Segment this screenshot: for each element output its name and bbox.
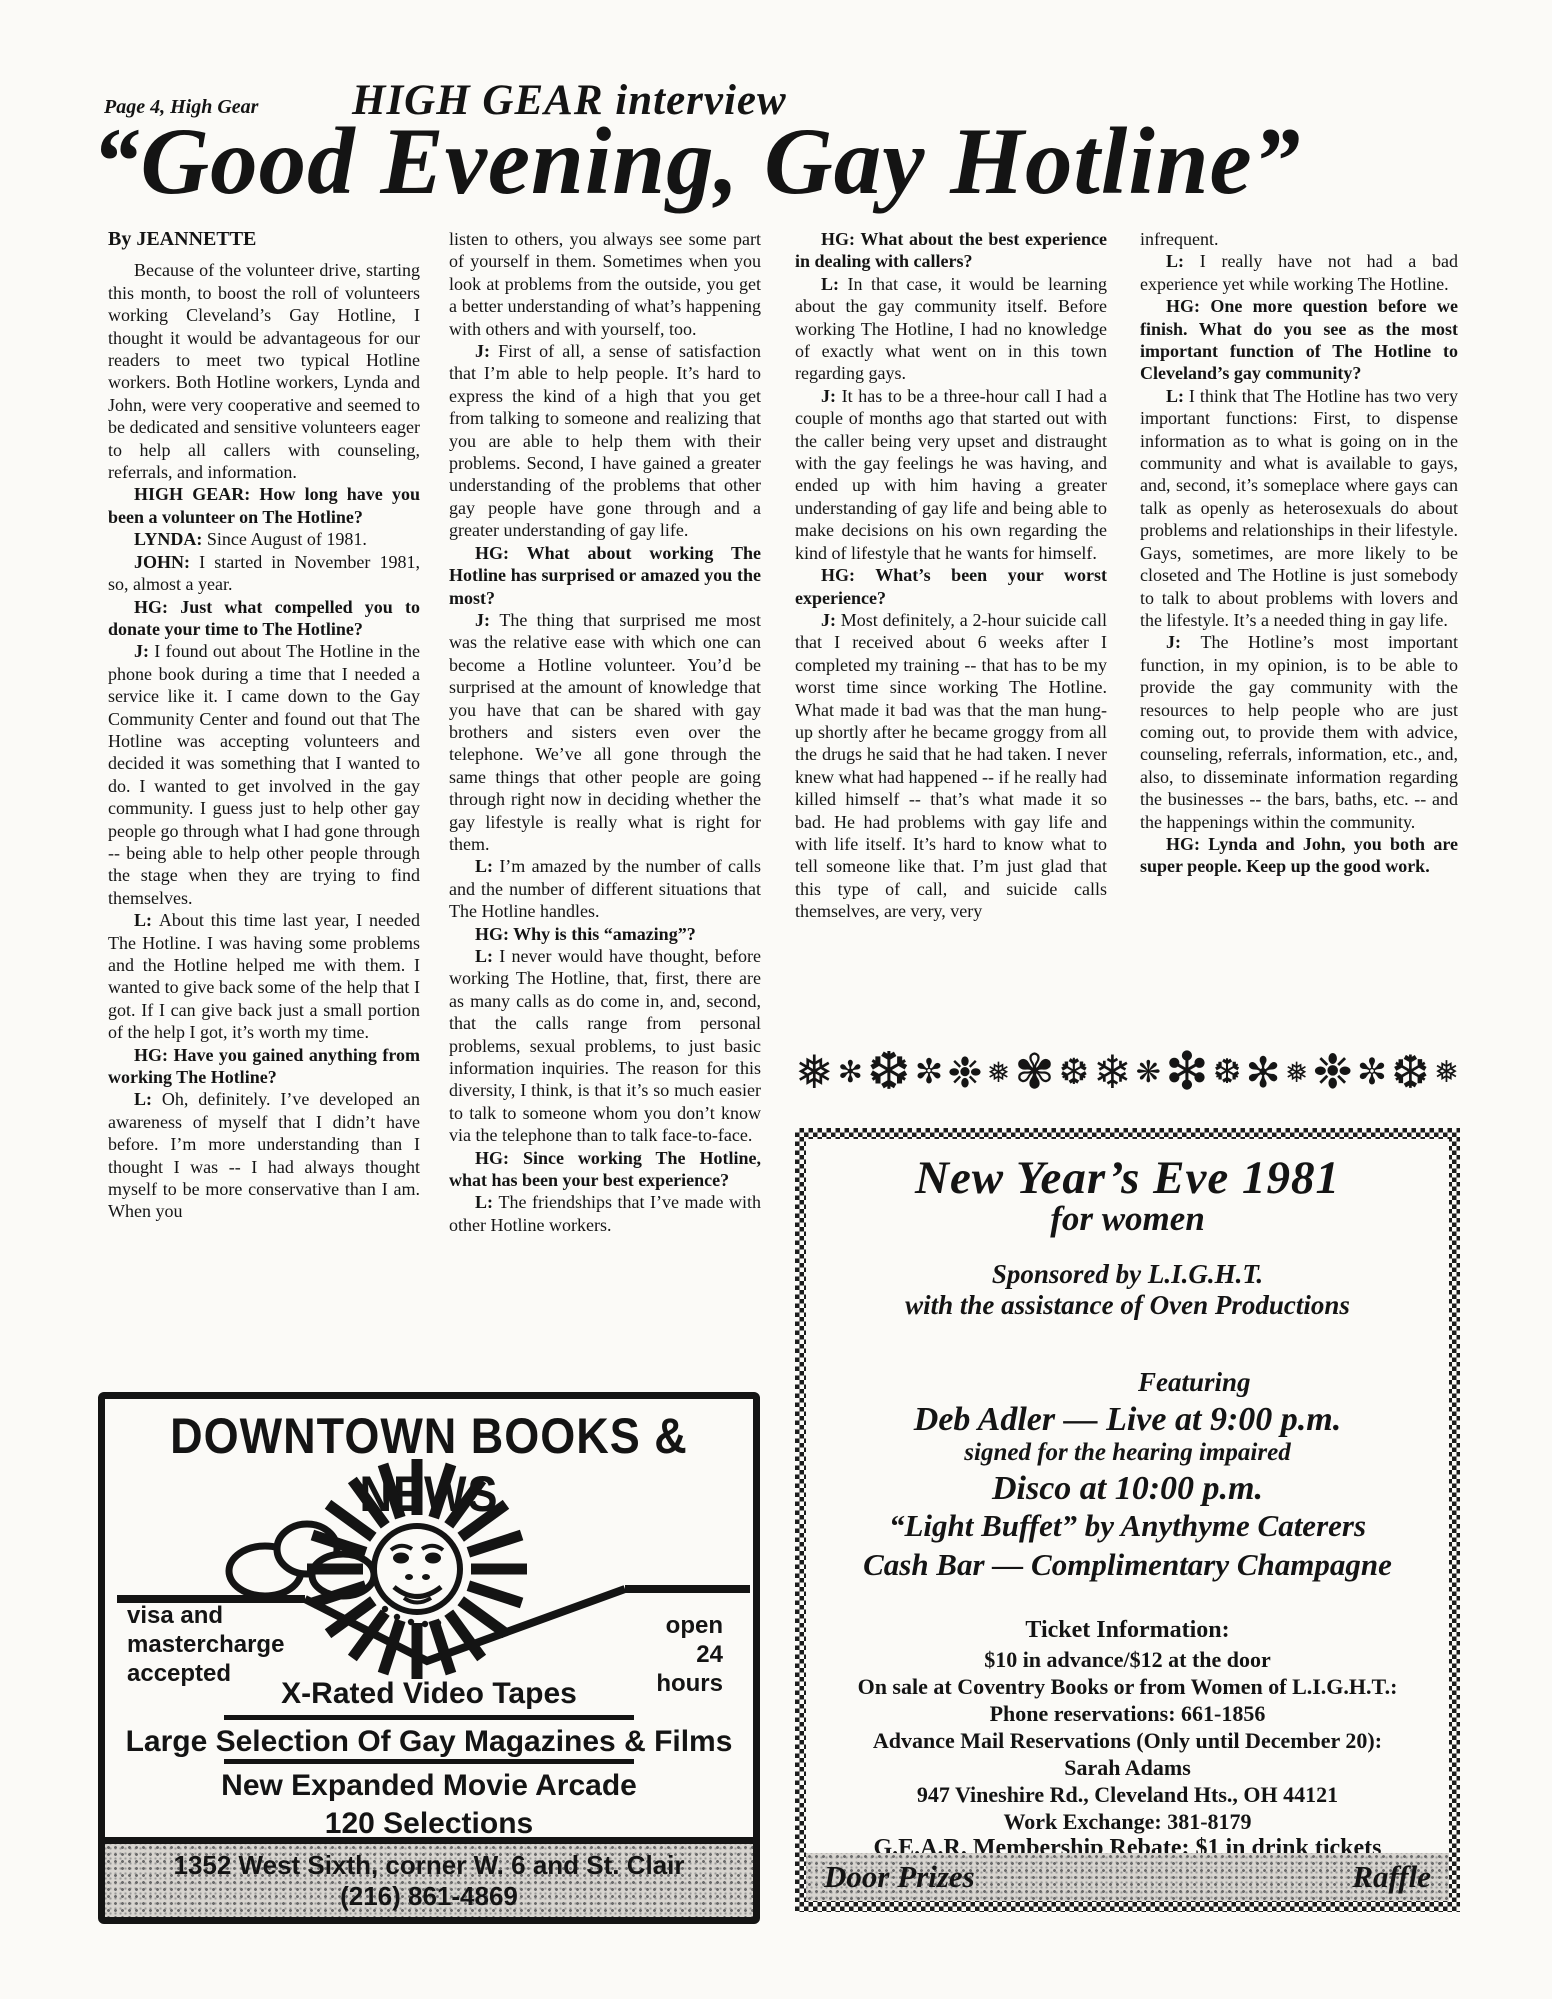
article-paragraph: listen to others, you always see some pa…: [449, 228, 761, 340]
nye-ad-disco-line: Disco at 10:00 p.m.: [806, 1470, 1449, 1508]
new-years-eve-ad: New Year’s Eve 1981 for women Sponsored …: [795, 1128, 1460, 1912]
article-paragraph: HG: Have you gained anything from workin…: [108, 1044, 420, 1089]
article-paragraph: J: I found out about The Hotline in the …: [108, 640, 420, 909]
snowflake-icon: ✾: [1014, 1044, 1054, 1100]
speaker-label: J:: [821, 610, 841, 630]
speaker-label: L:: [1166, 386, 1189, 406]
article-column-1-text: Because of the volunteer drive, starting…: [108, 259, 420, 1222]
downtown-ad-magazines-line: Large Selection Of Gay Magazines & Films: [105, 1725, 753, 1759]
snowflake-icon: ❇: [1165, 1042, 1209, 1102]
snowflake-icon: ✼: [1357, 1052, 1387, 1093]
speaker-label: LYNDA:: [134, 529, 207, 549]
ticket-info-line: $10 in advance/$12 at the door: [806, 1646, 1449, 1673]
article-paragraph: L: In that case, it would be learning ab…: [795, 273, 1107, 385]
speaker-label: HG:: [821, 229, 860, 249]
nye-ad-featuring-label: Featuring: [806, 1367, 1449, 1398]
article-paragraph: L: I’m amazed by the number of calls and…: [449, 855, 761, 922]
downtown-ad-tapes-line: X-Rated Video Tapes: [105, 1677, 753, 1711]
article-paragraph: Because of the volunteer drive, starting…: [108, 259, 420, 483]
speaker-label: JOHN:: [134, 552, 199, 572]
article-paragraph: HG: Since working The Hotline, what has …: [449, 1147, 761, 1192]
speaker-label: HG:: [475, 924, 513, 944]
article-column-3: HG: What about the best experience in de…: [795, 228, 1107, 1040]
nye-ad-door-prizes: Door Prizes: [824, 1859, 975, 1895]
nye-ad-signed-line: signed for the hearing impaired: [806, 1439, 1449, 1467]
article-paragraph: J: Most definitely, a 2-hour suicide cal…: [795, 609, 1107, 923]
article-paragraph: L: Oh, definitely. I’ve developed an awa…: [108, 1088, 420, 1222]
speaker-label: J:: [821, 386, 842, 406]
downtown-ad-arcade-line: New Expanded Movie Arcade: [105, 1769, 753, 1803]
speaker-label: L:: [821, 274, 848, 294]
article-paragraph: HG: Lynda and John, you both are super p…: [1140, 833, 1458, 878]
article-column-4: infrequent.L: I really have not had a ba…: [1140, 228, 1458, 1040]
snowflake-icon: ❆: [1391, 1045, 1430, 1099]
article-paragraph: L: About this time last year, I needed T…: [108, 909, 420, 1043]
nye-ad-act-line: Deb Adler — Live at 9:00 p.m.: [806, 1401, 1449, 1439]
speaker-label: L:: [134, 910, 159, 930]
downtown-ad-visa-note: visa and mastercharge accepted: [127, 1601, 284, 1688]
article-paragraph: L: The friendships that I’ve made with o…: [449, 1191, 761, 1236]
speaker-label: L:: [134, 1089, 162, 1109]
speaker-label: HG:: [134, 1045, 173, 1065]
headline: “Good Evening, Gay Hotline”: [92, 106, 1472, 216]
snowflake-icon: ❆: [1213, 1052, 1242, 1092]
article-paragraph: JOHN: I started in November 1981, so, al…: [108, 551, 420, 596]
nye-ad-title: New Year’s Eve 1981: [806, 1151, 1449, 1205]
speaker-label: J:: [475, 341, 498, 361]
byline: By JEANNETTE: [108, 228, 420, 250]
speaker-label: L:: [475, 946, 499, 966]
snowflake-icon: ❉: [947, 1048, 982, 1097]
nye-ad-subtitle: for women: [806, 1199, 1449, 1239]
article-paragraph: HG: What about working The Hotline has s…: [449, 542, 761, 609]
speaker-label: J:: [475, 610, 499, 630]
nye-ad-cash-bar-line: Cash Bar — Complimentary Champagne: [806, 1547, 1449, 1583]
divider-bar: [224, 1715, 634, 1720]
downtown-ad-selections-line: 120 Selections: [105, 1807, 753, 1841]
snowflake-icon: ❄: [1093, 1045, 1132, 1099]
nye-ad-ticket-info: Ticket Information: $10 in advance/$12 a…: [806, 1617, 1449, 1835]
new-years-eve-ad-inner: New Year’s Eve 1981 for women Sponsored …: [806, 1139, 1449, 1901]
article-paragraph: HG: What’s been your worst experience?: [795, 564, 1107, 609]
speaker-label: J:: [1166, 632, 1201, 652]
newspaper-page: Page 4, High Gear HIGH GEAR interview “G…: [0, 0, 1552, 1999]
article-column-1: By JEANNETTE Because of the volunteer dr…: [108, 228, 420, 1378]
snowflake-icon: ✻: [1245, 1048, 1280, 1097]
speaker-label: HG:: [1166, 834, 1208, 854]
nye-ad-sponsor-line-1: Sponsored by L.I.G.H.T.: [806, 1259, 1449, 1290]
ticket-info-line: Sarah Adams: [806, 1754, 1449, 1781]
speaker-label: HG:: [475, 1148, 523, 1168]
snowflake-icon: ✼: [915, 1052, 944, 1092]
speaker-label: HIGH GEAR:: [134, 484, 259, 504]
snowflake-icon: ❅: [795, 1045, 834, 1099]
nye-ad-sponsor-line-2: with the assistance of Oven Productions: [806, 1290, 1449, 1321]
article-paragraph: HG: Just what compelled you to donate yo…: [108, 596, 420, 641]
article-paragraph: J: First of all, a sense of satisfaction…: [449, 340, 761, 542]
downtown-books-ad: DOWNTOWN BOOKS & NEWS: [98, 1392, 760, 1924]
article-column-2: listen to others, you always see some pa…: [449, 228, 761, 1383]
nye-ad-buffet-line: “Light Buffet” by Anythyme Caterers: [806, 1508, 1449, 1544]
nye-ad-ticket-heading: Ticket Information:: [806, 1617, 1449, 1644]
snowflake-icon: ❋: [1136, 1055, 1161, 1090]
article-paragraph: HIGH GEAR: How long have you been a volu…: [108, 483, 420, 528]
article-paragraph: LYNDA: Since August of 1981.: [108, 528, 420, 550]
speaker-label: L:: [475, 1192, 499, 1212]
snowflake-icon: ❅: [1434, 1055, 1459, 1090]
article-paragraph: infrequent.: [1140, 228, 1458, 250]
divider-bar: [224, 1759, 634, 1764]
article-paragraph: L: I never would have thought, before wo…: [449, 945, 761, 1147]
article-paragraph: J: It has to be a three-hour call I had …: [795, 385, 1107, 564]
ticket-info-line: 947 Vineshire Rd., Cleveland Hts., OH 44…: [806, 1781, 1449, 1808]
snowflake-divider: ❅✻❆✼❉❅✾❆❄❋❇❆✻❅❉✼❆❅: [795, 1034, 1459, 1110]
ticket-info-line: Advance Mail Reservations (Only until De…: [806, 1727, 1449, 1754]
speaker-label: L:: [1166, 251, 1200, 271]
downtown-ad-address: 1352 West Sixth, corner W. 6 and St. Cla…: [105, 1850, 753, 1881]
speaker-label: J:: [134, 641, 154, 661]
snowflake-icon: ❆: [1059, 1052, 1089, 1093]
snowflake-icon: ❅: [987, 1056, 1010, 1089]
downtown-ad-phone: (216) 861-4869: [105, 1881, 753, 1912]
speaker-label: L:: [475, 856, 499, 876]
article-paragraph: J: The Hotline’s most important function…: [1140, 631, 1458, 833]
snowflake-icon: ❉: [1312, 1044, 1352, 1100]
nye-ad-ticket-lines: $10 in advance/$12 at the doorOn sale at…: [806, 1646, 1449, 1835]
article-paragraph: L: I think that The Hotline has two very…: [1140, 385, 1458, 631]
speaker-label: HG:: [475, 543, 527, 563]
ticket-info-line: On sale at Coventry Books or from Women …: [806, 1673, 1449, 1700]
speaker-label: HG:: [1166, 296, 1210, 316]
article-paragraph: HG: One more question before we finish. …: [1140, 295, 1458, 385]
snowflake-icon: ❅: [1285, 1056, 1308, 1089]
snowflake-icon: ❆: [867, 1042, 911, 1102]
article-paragraph: J: The thing that surprised me most was …: [449, 609, 761, 855]
ticket-info-line: Phone reservations: 661-1856: [806, 1700, 1449, 1727]
article-paragraph: HG: What about the best experience in de…: [795, 228, 1107, 273]
ticket-info-line: Work Exchange: 381-8179: [806, 1808, 1449, 1835]
nye-ad-raffle: Raffle: [1352, 1859, 1431, 1895]
article-paragraph: HG: Why is this “amazing”?: [449, 923, 761, 945]
speaker-label: HG:: [134, 597, 180, 617]
downtown-ad-address-band: 1352 West Sixth, corner W. 6 and St. Cla…: [105, 1837, 753, 1917]
snowflake-icon: ✻: [838, 1055, 863, 1090]
article-paragraph: L: I really have not had a bad experienc…: [1140, 250, 1458, 295]
speaker-label: HG:: [821, 565, 875, 585]
nye-ad-footer-band: Door Prizes Raffle: [806, 1853, 1449, 1901]
